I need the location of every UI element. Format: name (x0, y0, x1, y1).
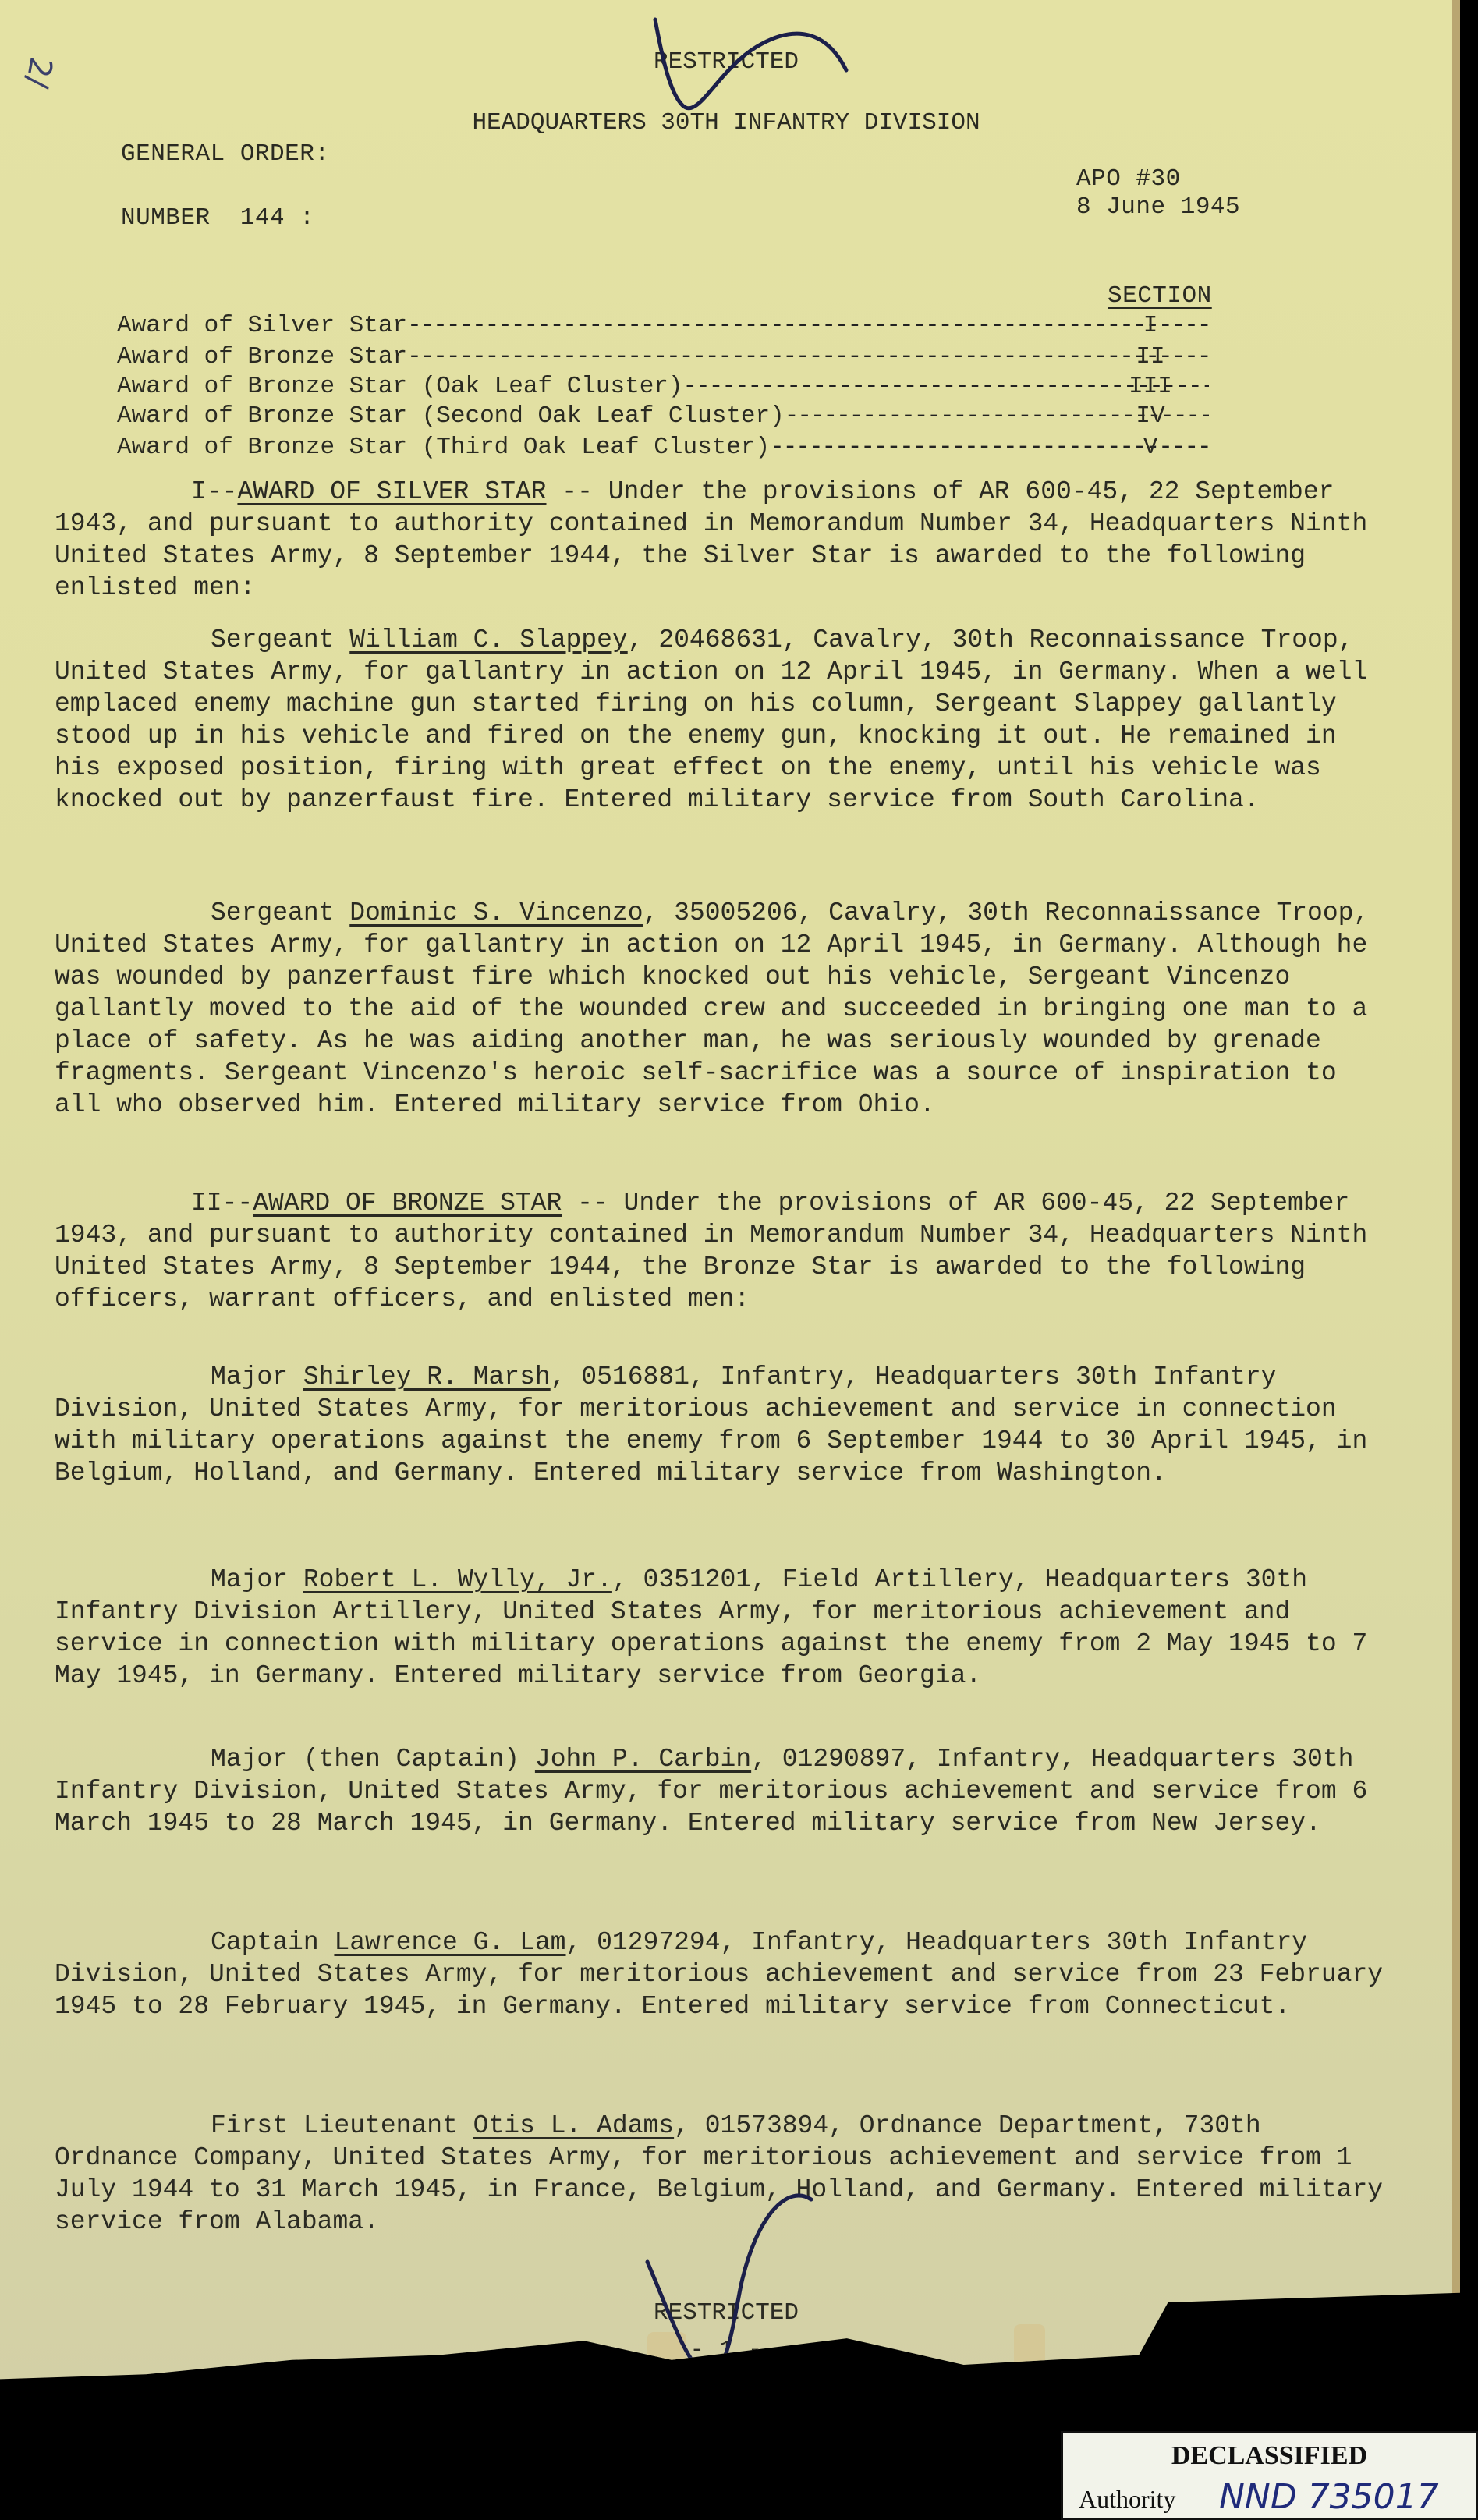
toc-row: Award of Bronze Star--------------------… (117, 343, 1209, 370)
toc-section-number: I (1115, 312, 1186, 339)
section-1-title: AWARD OF SILVER STAR (237, 477, 546, 506)
award-rank: Major (211, 1565, 288, 1594)
section-2-title: AWARD OF BRONZE STAR (253, 1189, 562, 1217)
classification-top: RESTRICTED (0, 48, 1452, 76)
document-page: 2/ RESTRICTED HEADQUARTERS 30TH INFANTRY… (0, 0, 1460, 2398)
award-recipient-name: Shirley R. Marsh (303, 1363, 551, 1391)
order-number: NUMBER 144 : (121, 204, 314, 232)
award-citation: Sergeant Dominic S. Vincenzo, 35005206, … (55, 897, 1388, 1121)
award-recipient-name: Robert L. Wylly, Jr. (303, 1565, 612, 1594)
award-recipient-name: John P. Carbin (535, 1745, 751, 1774)
toc-label: Award of Bronze Star (Oak Leaf Cluster) (117, 373, 683, 400)
award-rank: Major (211, 1363, 288, 1391)
award-rank: Major (then Captain) (211, 1745, 519, 1774)
award-rank: Captain (211, 1928, 319, 1957)
toc-row: Award of Bronze Star (Second Oak Leaf Cl… (117, 402, 1209, 430)
toc-row: Award of Silver Star--------------------… (117, 312, 1209, 339)
award-recipient-name: Lawrence G. Lam (334, 1928, 565, 1957)
section-2-intro: II--AWARD OF BRONZE STAR -- Under the pr… (55, 1187, 1381, 1315)
declassified-title: DECLASSIFIED (1063, 2441, 1476, 2471)
award-rank: First Lieutenant (211, 2111, 458, 2140)
toc-label: Award of Silver Star (117, 312, 407, 339)
authority-label: Authority (1079, 2485, 1175, 2514)
section-1-intro: I--AWARD OF SILVER STAR -- Under the pro… (55, 476, 1381, 604)
toc-leader: ----------------------------------------… (407, 343, 1209, 370)
award-rank: Sergeant (211, 898, 334, 927)
headquarters-heading: HEADQUARTERS 30TH INFANTRY DIVISION (0, 109, 1452, 136)
award-citation-text: , 35005206, Cavalry, 30th Reconnaissance… (55, 898, 1369, 1119)
declassified-stamp: DECLASSIFIED Authority NND 735017 (1061, 2431, 1478, 2520)
award-citation: Major Robert L. Wylly, Jr., 0351201, Fie… (55, 1564, 1388, 1692)
toc-leader: ----------------------------------------… (407, 312, 1209, 339)
toc-label: Award of Bronze Star (Second Oak Leaf Cl… (117, 402, 785, 430)
award-recipient-name: Otis L. Adams (473, 2111, 674, 2140)
award-citation: First Lieutenant Otis L. Adams, 01573894… (55, 2110, 1388, 2238)
order-date: 8 June 1945 (1076, 193, 1240, 221)
award-citation: Captain Lawrence G. Lam, 01297294, Infan… (55, 1926, 1388, 2022)
apo-number: APO #30 (1076, 165, 1181, 193)
award-recipient-name: William C. Slappey (349, 626, 627, 654)
toc-section-number: II (1115, 343, 1186, 370)
award-citation: Sergeant William C. Slappey, 20468631, C… (55, 624, 1388, 816)
toc-section-number: III (1115, 373, 1186, 400)
award-citation: Major (then Captain) John P. Carbin, 012… (55, 1743, 1388, 1839)
award-recipient-name: Dominic S. Vincenzo (349, 898, 643, 927)
award-rank: Sergeant (211, 626, 334, 654)
toc-label: Award of Bronze Star (117, 343, 407, 370)
award-citation: Major Shirley R. Marsh, 0516881, Infantr… (55, 1361, 1388, 1489)
toc-row: Award of Bronze Star (Third Oak Leaf Clu… (117, 434, 1209, 461)
toc-section-header: SECTION (1108, 282, 1212, 310)
toc-row: Award of Bronze Star (Oak Leaf Cluster)-… (117, 373, 1209, 400)
toc-label: Award of Bronze Star (Third Oak Leaf Clu… (117, 434, 770, 461)
toc-section-number: V (1115, 434, 1186, 461)
authority-value: NND 735017 (1219, 2477, 1439, 2517)
toc-section-number: IV (1115, 402, 1186, 430)
classification-bottom: RESTRICTED (0, 2299, 1452, 2327)
page-number: - 1 - (0, 2337, 1452, 2364)
order-type-label: GENERAL ORDER: (121, 140, 329, 168)
